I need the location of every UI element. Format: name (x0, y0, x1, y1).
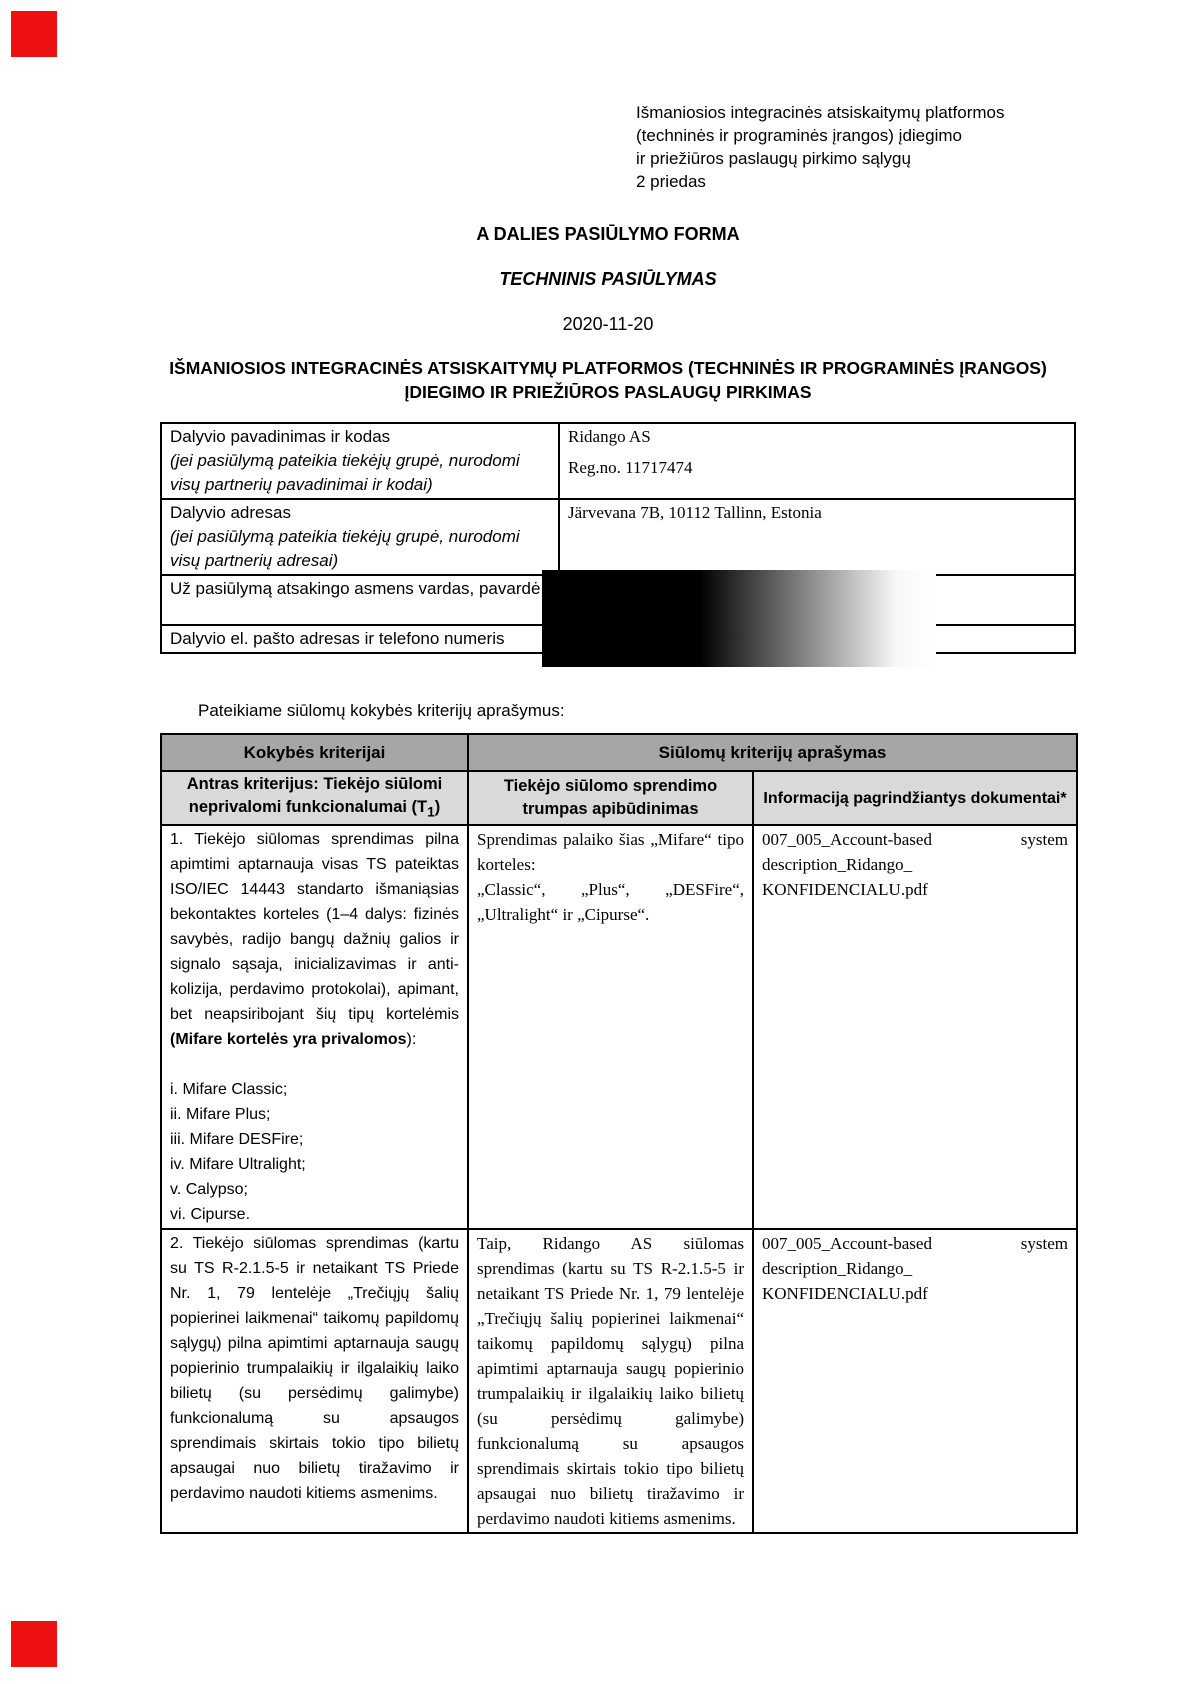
participant-name-label-cell: Dalyvio pavadinimas ir kodas (jei pasiūl… (161, 423, 559, 499)
card-list-item: ii. Mifare Plus; (170, 1102, 459, 1127)
participant-name: Ridango AS (568, 425, 1066, 449)
criterion-header-text: Antras kriterijus: Tiekėjo siūlomi nepri… (187, 775, 443, 816)
card-list-item: vi. Cipurse. (170, 1202, 459, 1227)
participant-name-value-cell: Ridango AS Reg.no. 11717474 (559, 423, 1075, 499)
description-1-line1: Sprendimas palaiko šias „Mifare“ tipo ko… (477, 827, 744, 877)
criterion-row-2: 2. Tiekėjo siūlomas sprendimas (kartu su… (161, 1229, 1077, 1533)
criteria-header-row: Kokybės kriterijai Siūlomų kriterijų apr… (161, 734, 1077, 771)
red-corner-marker-bottom (11, 1621, 57, 1667)
red-corner-marker-top (11, 11, 57, 57)
field-label: Dalyvio el. pašto adresas ir telefono nu… (170, 627, 550, 651)
responsible-person-label-cell: Už pasiūlymą atsakingo asmens vardas, pa… (161, 575, 559, 625)
participant-reg-number: Reg.no. 11717474 (568, 456, 1066, 480)
contact-label-cell: Dalyvio el. pašto adresas ir telefono nu… (161, 625, 559, 653)
reference-note-line: 2 priedas (636, 170, 1066, 193)
criterion-header-subscript: 1 (427, 804, 435, 819)
participant-name-row: Dalyvio pavadinimas ir kodas (jei pasiūl… (161, 423, 1075, 499)
document-filename-line: KONFIDENCIALU.pdf (762, 1281, 1068, 1306)
field-note: (jei pasiūlymą pateikia tiekėjų grupė, n… (170, 449, 550, 497)
document-filename-line: 007_005_Account-based system (762, 1231, 1068, 1256)
criterion-2-cell: 2. Tiekėjo siūlomas sprendimas (kartu su… (161, 1229, 468, 1533)
card-list-item: iii. Mifare DESFire; (170, 1127, 459, 1152)
criterion-1-cell: 1. Tiekėjo siūlomas sprendimas pilna api… (161, 825, 468, 1229)
document-filename-line: 007_005_Account-based system (762, 827, 1068, 852)
description-2-text: Taip, Ridango AS siūlomas sprendimas (ka… (477, 1231, 744, 1531)
reference-note-line: (techninės ir programinės įrangos) įdieg… (636, 124, 1066, 147)
criterion-row-1: 1. Tiekėjo siūlomas sprendimas pilna api… (161, 825, 1077, 1229)
field-label: Už pasiūlymą atsakingo asmens vardas, pa… (170, 577, 550, 601)
field-label: Dalyvio pavadinimas ir kodas (170, 425, 550, 449)
card-list-item: iv. Mifare Ultralight; (170, 1152, 459, 1177)
criteria-subheader-row: Antras kriterijus: Tiekėjo siūlomi nepri… (161, 771, 1077, 825)
field-note: (jei pasiūlymą pateikia tiekėjų grupė, n… (170, 525, 550, 573)
quality-criteria-table: Kokybės kriterijai Siūlomų kriterijų apr… (160, 733, 1078, 1534)
card-list-item: i. Mifare Classic; (170, 1077, 459, 1102)
criterion-1-text: 1. Tiekėjo siūlomas sprendimas pilna api… (170, 831, 459, 1023)
reference-note-line: ir priežiūros paslaugų pirkimo sąlygų (636, 147, 1066, 170)
documents-1-cell: 007_005_Account-based system description… (753, 825, 1077, 1229)
reference-note-line: Išmaniosios integracinės atsiskaitymų pl… (636, 101, 1066, 124)
documents-2-cell: 007_005_Account-based system description… (753, 1229, 1077, 1533)
proposal-date: 2020-11-20 (140, 314, 1076, 335)
form-title: A DALIES PASIŪLYMO FORMA (140, 224, 1076, 245)
participant-address-value-cell: Järvevana 7B, 10112 Tallinn, Estonia (559, 499, 1075, 575)
participant-address-row: Dalyvio adresas (jei pasiūlymą pateikia … (161, 499, 1075, 575)
main-heading: IŠMANIOSIOS INTEGRACINĖS ATSISKAITYMŲ PL… (140, 356, 1076, 404)
card-list-item: v. Calypso; (170, 1177, 459, 1202)
criteria-header-col2: Siūlomų kriterijų aprašymas (468, 734, 1077, 771)
criteria-intro-line: Pateikiame siūlomų kokybės kriterijų apr… (198, 701, 565, 721)
description-1-line2: „Classic“, „Plus“, „DESFire“, „Ultraligh… (477, 877, 744, 927)
participant-address: Järvevana 7B, 10112 Tallinn, Estonia (568, 501, 1066, 525)
description-column-header: Tiekėjo siūlomo sprendimo trumpas apibūd… (468, 771, 753, 825)
description-2-cell: Taip, Ridango AS siūlomas sprendimas (ka… (468, 1229, 753, 1533)
description-1-cell: Sprendimas palaiko šias „Mifare“ tipo ko… (468, 825, 753, 1229)
criterion-column-header: Antras kriterijus: Tiekėjo siūlomi nepri… (161, 771, 468, 825)
document-filename-line: description_Ridango_ (762, 1256, 1068, 1281)
document-reference-note: Išmaniosios integracinės atsiskaitymų pl… (636, 101, 1066, 193)
documents-column-header: Informaciją pagrindžiantys dokumentai* (753, 771, 1077, 825)
criterion-header-close: ) (435, 798, 441, 816)
redaction-gradient-overlay (542, 570, 936, 667)
document-page: Išmaniosios integracinės atsiskaitymų pl… (0, 0, 1191, 1684)
document-filename-line: KONFIDENCIALU.pdf (762, 877, 1068, 902)
card-type-list: i. Mifare Classic; ii. Mifare Plus; iii.… (170, 1077, 459, 1227)
technical-proposal-title: TECHNINIS PASIŪLYMAS (140, 269, 1076, 290)
document-filename-line: description_Ridango_ (762, 852, 1068, 877)
participant-address-label-cell: Dalyvio adresas (jei pasiūlymą pateikia … (161, 499, 559, 575)
field-label: Dalyvio adresas (170, 501, 550, 525)
criterion-2-text: 2. Tiekėjo siūlomas sprendimas (kartu su… (170, 1231, 459, 1506)
criteria-header-col1: Kokybės kriterijai (161, 734, 468, 771)
criterion-1-tail: ): (407, 1031, 417, 1048)
criterion-1-bold-text: (Mifare kortelės yra privalomos (170, 1031, 407, 1048)
